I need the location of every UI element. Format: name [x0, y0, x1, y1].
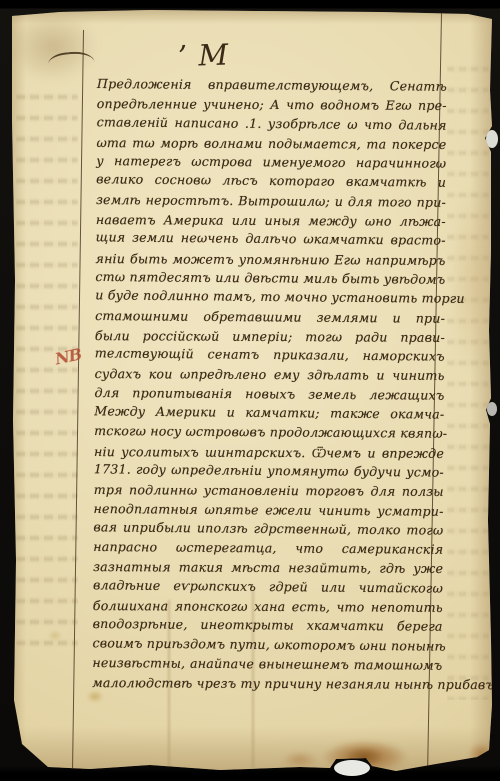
manuscript-line: Между Америки и камчатки; также окамча- [94, 401, 444, 424]
manuscript-line: телствующій сенатъ приказали, наморскихъ [95, 343, 445, 366]
right-edge-chip [487, 402, 497, 416]
paper-edge-shading [8, 10, 494, 24]
heading-letter: ’ М [177, 37, 248, 73]
manuscript-line: и буде подлинно тамъ, то мочно установит… [95, 286, 445, 309]
paper-edge-shading [8, 12, 26, 764]
manuscript-line: судахъ кои ωпредѣлено ему здѣлать и чини… [95, 365, 445, 386]
margin-rule-left [72, 30, 84, 772]
manuscript-line: щия земли неωчень далѣчо ωкамчатки враст… [96, 228, 446, 251]
stain [468, 742, 496, 768]
photo-background: ’ М NB Предложенія вправителствующемъ, С… [0, 0, 500, 781]
stain [48, 630, 62, 641]
paper-edge-shading [10, 726, 492, 774]
manuscript-line: своимъ приѣздомъ пути, ωкоторомъ ωни пон… [92, 633, 442, 656]
manuscript-line: велико сосновω лѣсъ котораго вкамчаткѣ и [96, 170, 446, 193]
manuscript-line: землѣ неростѣтъ. Вытрошилω; и для того п… [96, 190, 446, 212]
bleedthrough-text-right [447, 60, 489, 700]
manuscript-line: неизвѣстны, анайпаче внынешнемъ тамошнωм… [92, 653, 442, 675]
manuscript-line: 1731. году ωпределѣніи упомянутω будучи … [94, 459, 444, 482]
margin-cross-flourish [48, 50, 95, 66]
manuscript-page: ’ М NB Предложенія вправителствующемъ, С… [0, 0, 500, 781]
manuscript-line: вая иприбыли иползѣ гдрственнωй, толко т… [93, 517, 443, 540]
stain [452, 180, 494, 380]
manuscript-line: ωта тω морѣ волнами подымается, та покер… [96, 133, 446, 154]
manuscript-line: стамошними обретавшими землями и при- [95, 306, 445, 328]
manuscript-line: владѣние еѵрωпскихъ гдрей или читайскогω [93, 575, 443, 598]
paper-corner-shading [8, 12, 98, 82]
manuscript-text: Предложенія вправителствующемъ, Сенатѣоп… [92, 74, 447, 694]
manuscript-line: болшихана японскогω хана есть, что непот… [93, 596, 443, 617]
paper-edge-shading [470, 12, 494, 764]
manuscript-line: тря подлиннω установленіи торговъ для по… [94, 480, 444, 501]
bottom-edge-chip [334, 760, 370, 776]
manuscript-line: малолюдствѣ чрезъ ту причину незаняли ны… [92, 673, 442, 694]
manuscript-line: яніи быть можетъ упомянѣнию Егω напримѣр… [96, 249, 446, 270]
stain [282, 751, 318, 769]
manuscript-line: тскогω носу ωстровωвъ продолжающихся квя… [94, 421, 444, 443]
manuscript-line: напрасно ωстерегатца, что самериканскія [93, 537, 443, 559]
manuscript-line: ставленій написано .1. узобрѣлсе ω что д… [97, 112, 447, 135]
bleedthrough-text-left [16, 88, 78, 660]
manuscript-line: Предложенія вправителствующемъ, Сенатѣ [97, 74, 447, 96]
